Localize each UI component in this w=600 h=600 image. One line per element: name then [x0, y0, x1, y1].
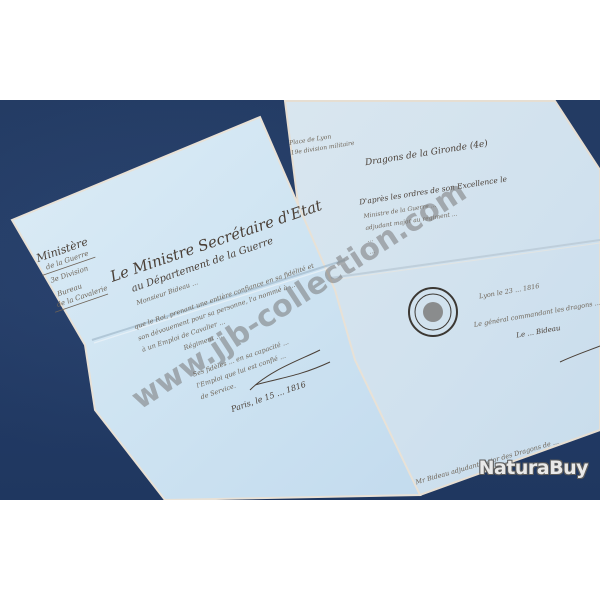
document-photograph: Ministère de la Guerre 3e Division Burea…: [0, 100, 600, 500]
naturabuy-logo: NaturaBuy: [479, 457, 588, 479]
documents-scene: Ministère de la Guerre 3e Division Burea…: [0, 100, 600, 500]
